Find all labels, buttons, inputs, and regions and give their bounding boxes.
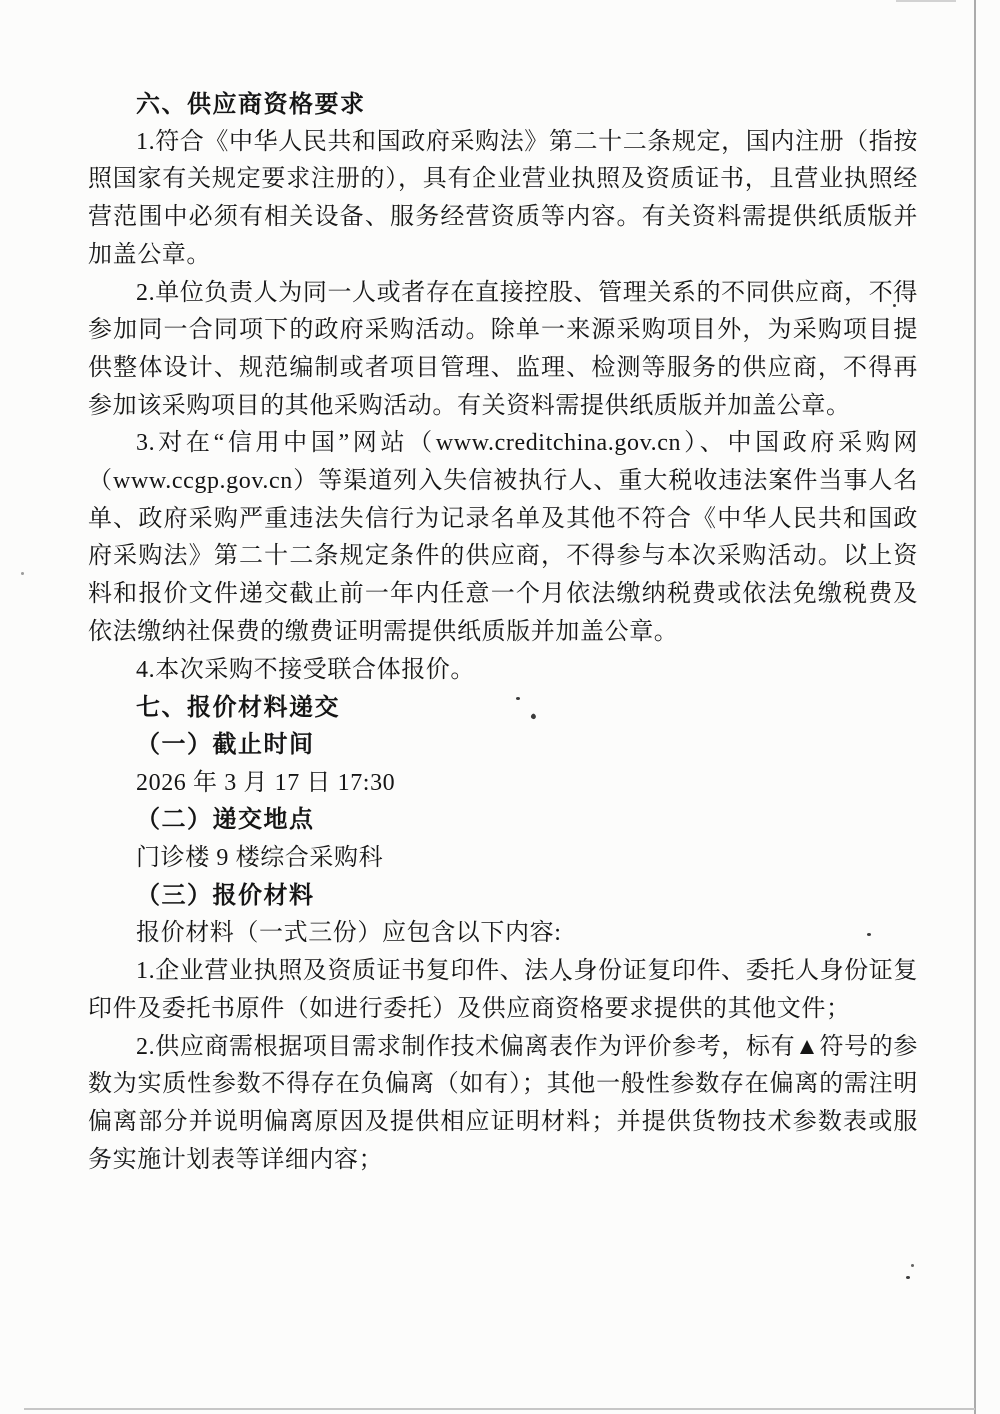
section-heading-supplier-qualifications: 六、供应商资格要求: [88, 86, 918, 124]
scan-speck: [868, 207, 872, 211]
submission-location-value: 门诊楼 9 楼综合采购科: [88, 840, 918, 878]
scan-edge-line-right: [974, 0, 976, 1414]
scan-speck: [21, 572, 24, 575]
paragraph-materials-item-1: 1.企业营业执照及资质证书复印件、法人身份证复印件、委托人身份证复印件及委托书原…: [88, 953, 918, 1028]
scan-speck: [886, 551, 889, 554]
subheading-deadline: （一）截止时间: [88, 727, 918, 765]
scan-speck: [875, 960, 878, 963]
scan-speck: [516, 697, 520, 700]
scanned-document-page: 六、供应商资格要求 1.符合《中华人民共和国政府采购法》第二十二条规定，国内注册…: [0, 0, 1000, 1414]
subheading-quotation-materials-list: （三）报价材料: [88, 878, 918, 916]
section-heading-quotation-materials: 七、报价材料递交: [88, 689, 918, 727]
scan-speck: [867, 933, 871, 936]
document-text-block: 六、供应商资格要求 1.符合《中华人民共和国政府采购法》第二十二条规定，国内注册…: [88, 86, 918, 1179]
scan-edge-line-bottom: [24, 1408, 975, 1410]
paragraph-qualification-4: 4.本次采购不接受联合体报价。: [88, 652, 918, 690]
paragraph-qualification-3: 3.对在“信用中国”网站（www.creditchina.gov.cn）、中国政…: [88, 425, 918, 651]
scan-speck: [906, 1276, 910, 1279]
scan-speck: [911, 1264, 914, 1267]
scan-speck: [563, 978, 566, 981]
paragraph-qualification-2: 2.单位负责人为同一人或者存在直接控股、管理关系的不同供应商，不得参加同一合同项…: [88, 275, 918, 426]
scan-edge-line-top: [896, 0, 956, 2]
deadline-value: 2026 年 3 月 17 日 17:30: [88, 765, 918, 803]
scan-speck: [862, 546, 866, 549]
quotation-materials-intro: 报价材料（一式三份）应包含以下内容:: [88, 915, 918, 953]
paragraph-qualification-1: 1.符合《中华人民共和国政府采购法》第二十二条规定，国内注册（指按照国家有关规定…: [88, 124, 918, 275]
paragraph-materials-item-2: 2.供应商需根据项目需求制作技术偏离表作为评价参考，标有▲符号的参数为实质性参数…: [88, 1029, 918, 1180]
subheading-submission-location: （二）递交地点: [88, 802, 918, 840]
scan-speck: [893, 304, 896, 307]
